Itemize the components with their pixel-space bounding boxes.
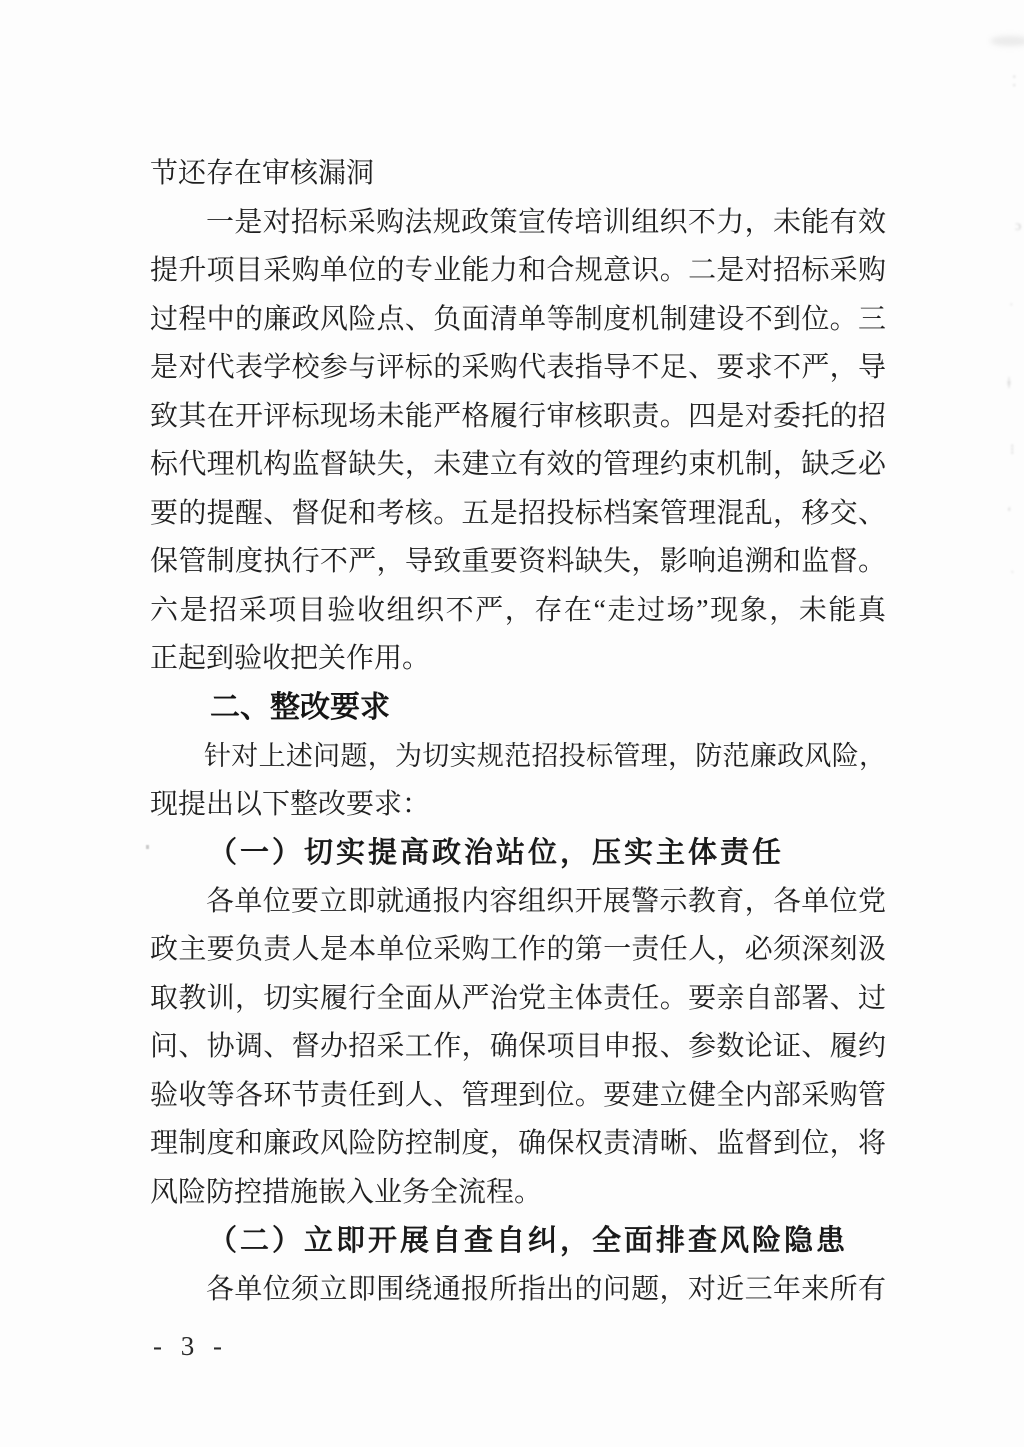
document-line: 取教训，切实履行全面从严治党主体责任。要亲自部署、过 (150, 975, 886, 1024)
document-line: 标代理机构监督缺失，未建立有效的管理约束机制，缺乏必 (150, 441, 886, 490)
document-page: 节还存在审核漏洞一是对招标采购法规政策宣传培训组织不力，未能有效提升项目采购单位… (0, 0, 1024, 1447)
document-line: 二、整改要求 (150, 684, 886, 733)
document-line: 理制度和廉政风险防控制度，确保权责清晰、监督到位，将 (150, 1120, 886, 1169)
document-line: 要的提醒、督促和考核。五是招投标档案管理混乱，移交、 (150, 490, 886, 539)
document-line: 提升项目采购单位的专业能力和合规意识。二是对招标采购 (150, 247, 886, 296)
scan-artifact: ˈ (1009, 303, 1014, 317)
document-line: 六是招采项目验收组织不严，存在“走过场”现象，未能真 (150, 587, 886, 636)
scan-smudge (990, 36, 1024, 46)
document-line: 过程中的廉政风险点、负面清单等制度机制建设不到位。三 (150, 296, 886, 345)
document-line: 针对上述问题，为切实规范招投标管理，防范廉政风险， (150, 732, 886, 781)
scan-artifact: ǂ (1007, 377, 1011, 391)
document-line: 问、协调、督办招采工作，确保项目申报、参数论证、履约 (150, 1023, 886, 1072)
scan-speck (146, 845, 149, 849)
document-line: 风险防控措施嵌入业务全流程。 (150, 1169, 886, 1218)
scan-artifact: ˌ (1010, 560, 1015, 574)
document-line: （二）立即开展自查自纠，全面排查风险隐患 (150, 1217, 886, 1266)
document-line: 是对代表学校参与评标的采购代表指导不足、要求不严，导 (150, 344, 886, 393)
document-line: 一是对招标采购法规政策宣传培训组织不力，未能有效 (150, 199, 886, 248)
page-number: - 3 - (153, 1328, 228, 1364)
scan-artifact: ⁚ (1012, 76, 1016, 90)
document-line: 政主要负责人是本单位采购工作的第一责任人，必须深刻汲 (150, 926, 886, 975)
document-line: 各单位要立即就通报内容组织开展警示教育，各单位党 (150, 878, 886, 927)
scan-artifact: ʻ (1007, 506, 1012, 520)
scan-artifact: ⁝ (1010, 444, 1014, 458)
document-line: 正起到验收把关作用。 (150, 635, 886, 684)
document-line: 现提出以下整改要求： (150, 781, 886, 830)
document-line: （一）切实提高政治站位，压实主体责任 (150, 829, 886, 878)
scan-artifact: ɔ (1015, 220, 1021, 234)
document-line: 各单位须立即围绕通报所指出的问题，对近三年来所有 (150, 1266, 886, 1315)
document-line: 节还存在审核漏洞 (150, 150, 886, 199)
document-line: 保管制度执行不严，导致重要资料缺失，影响追溯和监督。 (150, 538, 886, 587)
document-body: 节还存在审核漏洞一是对招标采购法规政策宣传培训组织不力，未能有效提升项目采购单位… (150, 150, 886, 1314)
document-line: 致其在开评标现场未能严格履行审核职责。四是对委托的招 (150, 393, 886, 442)
document-line: 验收等各环节责任到人、管理到位。要建立健全内部采购管 (150, 1072, 886, 1121)
